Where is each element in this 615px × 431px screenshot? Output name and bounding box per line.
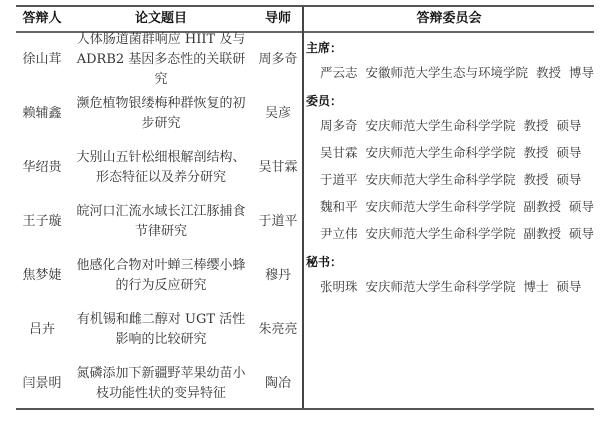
table-row: 闫景明 氮磷添加下新疆野苹果幼苗小枝功能性状的变异特征 陶冶 (16, 357, 302, 411)
thesis-title: 有机锡和雌二醇对 UGT 活性影响的比较研究 (70, 303, 252, 357)
student-name: 华绍贵 (16, 141, 68, 195)
member-title: 教授 (524, 172, 549, 187)
member-name: 于道平 (320, 172, 358, 187)
member-institution: 安庆师范大学生命科学学院 (366, 279, 516, 294)
thesis-title: 他感化合物对叶蝉三棒缨小蜂的行为反应研究 (70, 249, 252, 303)
member-role: 硕导 (569, 199, 594, 214)
member-institution: 安庆师范大学生命科学学院 (366, 118, 516, 133)
member-title: 教授 (524, 118, 549, 133)
committee-member: 严云志安徽师范大学生态与环境学院教授博导 (304, 59, 594, 86)
committee-member: 张明珠安庆师范大学生命科学学院博士硕导 (304, 273, 594, 300)
thesis-title: 濒危植物银缕梅种群恢复的初步研究 (70, 87, 252, 141)
student-name: 赖辅鑫 (16, 87, 68, 141)
header-advisor: 导师 (254, 7, 302, 31)
member-title: 教授 (524, 145, 549, 160)
header-title: 论文题目 (70, 7, 252, 31)
thesis-title: 皖河口汇流水域长江江豚捕食节律研究 (70, 195, 252, 249)
members-label: 委员： (304, 90, 594, 112)
member-title: 副教授 (524, 226, 562, 241)
member-title: 副教授 (524, 199, 562, 214)
student-name: 王子璇 (16, 195, 68, 249)
committee-panel: 主席： 严云志安徽师范大学生态与环境学院教授博导 委员： 周多奇安庆师范大学生命… (304, 33, 594, 300)
committee-member: 魏和平安庆师范大学生命科学学院副教授硕导 (304, 193, 594, 220)
student-name: 徐山茸 (16, 33, 68, 87)
member-institution: 安庆师范大学生命科学学院 (366, 145, 516, 160)
member-name: 张明珠 (320, 279, 358, 294)
student-name: 闫景明 (16, 357, 68, 411)
header-committee: 答辩委员会 (304, 7, 594, 31)
member-name: 魏和平 (320, 199, 358, 214)
member-role: 硕导 (557, 145, 582, 160)
committee-member: 于道平安庆师范大学生命科学学院教授硕导 (304, 166, 594, 193)
chair-label: 主席： (304, 37, 594, 59)
table-row: 焦梦婕 他感化合物对叶蝉三棒缨小蜂的行为反应研究 穆丹 (16, 249, 302, 303)
member-role: 硕导 (569, 226, 594, 241)
member-title: 教授 (536, 65, 561, 80)
table-row: 王子璇 皖河口汇流水域长江江豚捕食节律研究 于道平 (16, 195, 302, 249)
member-role: 硕导 (557, 172, 582, 187)
member-name: 吴甘霖 (320, 145, 358, 160)
advisor-name: 穆丹 (254, 249, 302, 303)
member-institution: 安徽师范大学生态与环境学院 (366, 65, 529, 80)
committee-member: 周多奇安庆师范大学生命科学学院教授硕导 (304, 112, 594, 139)
secretary-label: 秘书： (304, 251, 594, 273)
table-row: 徐山茸 人体肠道菌群响应 HIIT 及与 ADRB2 基因多态性的关联研究 周多… (16, 33, 302, 87)
member-institution: 安庆师范大学生命科学学院 (366, 199, 516, 214)
advisor-name: 周多奇 (254, 33, 302, 87)
thesis-title: 人体肠道菌群响应 HIIT 及与 ADRB2 基因多态性的关联研究 (70, 33, 252, 87)
member-institution: 安庆师范大学生命科学学院 (366, 172, 516, 187)
advisor-name: 于道平 (254, 195, 302, 249)
member-role: 硕导 (557, 118, 582, 133)
member-name: 周多奇 (320, 118, 358, 133)
table-row: 赖辅鑫 濒危植物银缕梅种群恢复的初步研究 吴彦 (16, 87, 302, 141)
member-title: 博士 (524, 279, 549, 294)
thesis-title: 氮磷添加下新疆野苹果幼苗小枝功能性状的变异特征 (70, 357, 252, 411)
header-student: 答辩人 (16, 7, 68, 31)
member-name: 严云志 (320, 65, 358, 80)
member-role: 硕导 (557, 279, 582, 294)
advisor-name: 吴甘霖 (254, 141, 302, 195)
student-name: 吕卉 (16, 303, 68, 357)
student-name: 焦梦婕 (16, 249, 68, 303)
member-institution: 安庆师范大学生命科学学院 (366, 226, 516, 241)
committee-member: 尹立伟安庆师范大学生命科学学院副教授硕导 (304, 220, 594, 247)
member-name: 尹立伟 (320, 226, 358, 241)
advisor-name: 朱亮亮 (254, 303, 302, 357)
defense-table: 答辩人 论文题目 导师 答辩委员会 徐山茸 人体肠道菌群响应 HIIT 及与 A… (16, 5, 594, 410)
member-role: 博导 (569, 65, 594, 80)
committee-member: 吴甘霖安庆师范大学生命科学学院教授硕导 (304, 139, 594, 166)
advisor-name: 陶冶 (254, 357, 302, 411)
thesis-title: 大别山五针松细根解剖结构、形态特征以及养分研究 (70, 141, 252, 195)
table-row: 吕卉 有机锡和雌二醇对 UGT 活性影响的比较研究 朱亮亮 (16, 303, 302, 357)
advisor-name: 吴彦 (254, 87, 302, 141)
table-row: 华绍贵 大别山五针松细根解剖结构、形态特征以及养分研究 吴甘霖 (16, 141, 302, 195)
